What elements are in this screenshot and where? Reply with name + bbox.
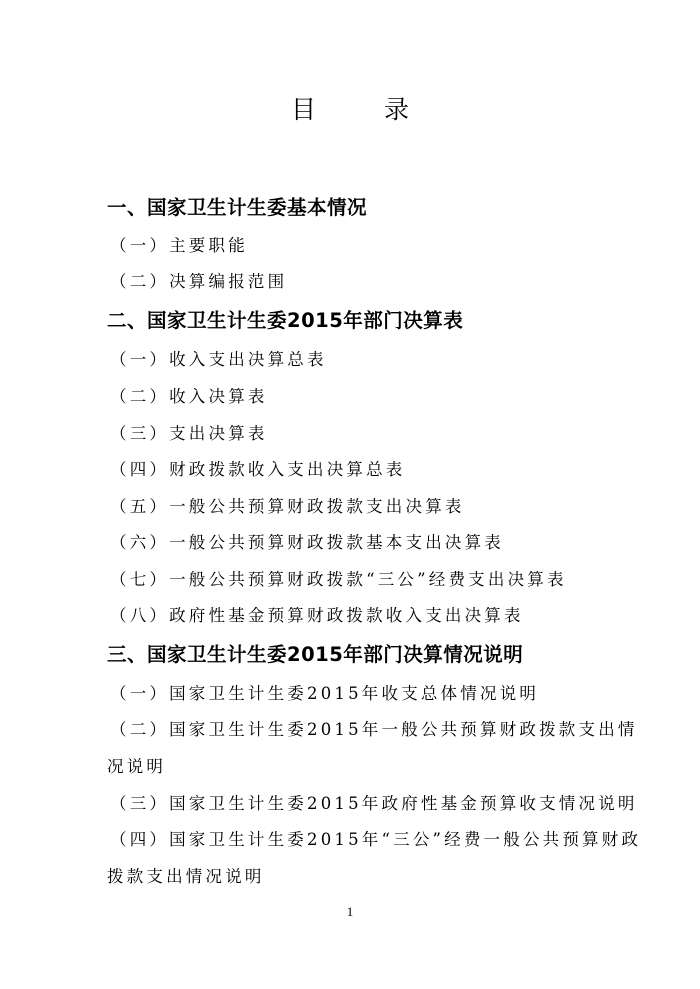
- toc-item-continuation: 拨款支出情况说明: [107, 863, 265, 887]
- toc-item: （四）国家卫生计生委2015年“三公”经费一般公共预算财政: [110, 826, 641, 850]
- toc-item: （一）国家卫生计生委2015年收支总体情况说明: [110, 680, 539, 704]
- toc-item: （七）一般公共预算财政拨款“三公”经费支出决算表: [110, 566, 567, 590]
- toc-item-continuation: 况说明: [107, 753, 166, 777]
- section-heading-1: 一、国家卫生计生委基本情况: [107, 192, 367, 220]
- toc-item: （五）一般公共预算财政拨款支出决算表: [110, 493, 465, 517]
- toc-item: （三）支出决算表: [110, 420, 268, 444]
- toc-item: （三）国家卫生计生委2015年政府性基金预算收支情况说明: [110, 790, 638, 814]
- toc-item: （四）财政拨款收入支出决算总表: [110, 456, 406, 480]
- toc-item: （六）一般公共预算财政拨款基本支出决算表: [110, 529, 504, 553]
- toc-item: （二）国家卫生计生委2015年一般公共预算财政拨款支出情: [110, 716, 638, 740]
- document-page: 目 录 一、国家卫生计生委基本情况 （一）主要职能 （二）决算编报范围 二、国家…: [0, 0, 700, 989]
- page-title: 目 录: [0, 90, 700, 126]
- section-heading-2: 二、国家卫生计生委2015年部门决算表: [107, 305, 463, 333]
- toc-item: （一）收入支出决算总表: [110, 346, 327, 370]
- page-number: 1: [0, 904, 700, 920]
- section-heading-3: 三、国家卫生计生委2015年部门决算情况说明: [107, 639, 523, 667]
- toc-item: （一）主要职能: [110, 232, 248, 256]
- toc-item: （八）政府性基金预算财政拨款收入支出决算表: [110, 602, 524, 626]
- toc-item: （二）收入决算表: [110, 383, 268, 407]
- toc-item: （二）决算编报范围: [110, 268, 287, 292]
